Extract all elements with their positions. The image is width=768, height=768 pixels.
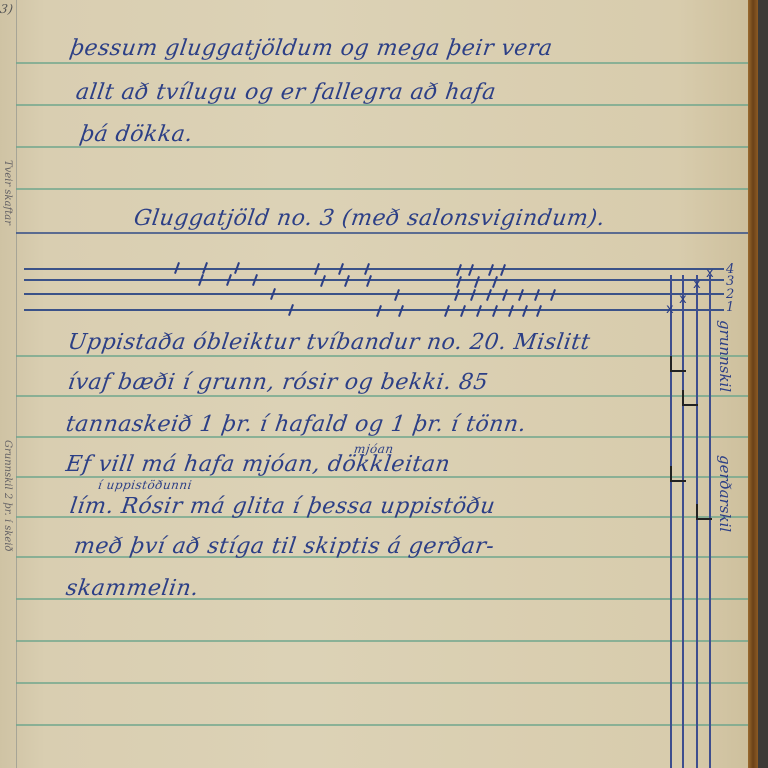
text-line: ívaf bæði í grunn, rósir og bekki. 85 <box>66 370 490 395</box>
thread-tick <box>550 289 556 301</box>
treadle-mark <box>670 466 686 482</box>
draft-line-1 <box>24 309 724 311</box>
thread-tick <box>456 264 462 276</box>
side-label-grunnskil: grunnskil <box>716 320 734 392</box>
shaft-number: 1 <box>726 300 734 315</box>
text-line: allt að tvílugu og er fallegra að hafa <box>74 80 497 105</box>
ruled-line <box>16 188 748 190</box>
thread-tick <box>502 289 508 301</box>
ruled-line <box>16 395 748 397</box>
ruled-line <box>16 640 748 642</box>
thread-tick <box>522 305 528 317</box>
tieup-column <box>670 275 672 768</box>
thread-tick <box>476 305 482 317</box>
thread-tick <box>320 275 326 287</box>
ruled-line <box>16 355 748 357</box>
ruled-line <box>16 62 748 64</box>
thread-tick <box>488 264 494 276</box>
tieup-mark: x <box>666 302 674 317</box>
text-line: lím. Rósir má glita í þessa uppistöðu <box>68 494 497 519</box>
thread-tick <box>444 305 450 317</box>
margin-note: Tveir skaftar <box>2 160 13 225</box>
thread-tick <box>518 289 524 301</box>
thread-tick <box>500 264 506 276</box>
margin-line <box>16 0 17 768</box>
treadle-mark <box>696 504 712 520</box>
draft-line-4 <box>24 268 724 270</box>
thread-tick <box>486 289 492 301</box>
thread-tick <box>474 276 480 288</box>
ruled-line <box>16 724 748 726</box>
book-cover-edge <box>758 0 768 768</box>
text-line: tannaskeið 1 þr. í hafald og 1 þr. í tön… <box>64 412 528 437</box>
side-label-gerdarskil: gerðarskil <box>716 455 734 532</box>
draft-line-3 <box>24 279 724 281</box>
thread-tick <box>454 289 460 301</box>
thread-tick <box>492 305 498 317</box>
thread-tick <box>534 289 540 301</box>
draft-line-2 <box>24 293 724 295</box>
margin-note: Grunnskil 2 þr. í skeið <box>2 440 13 552</box>
tieup-column <box>696 275 698 768</box>
thread-tick <box>536 305 542 317</box>
notebook-page: 3) þessum gluggatjöldum og mega þeir ver… <box>0 0 752 768</box>
ruled-line <box>16 682 748 684</box>
tieup-mark: x <box>679 292 687 307</box>
thread-tick <box>344 275 350 287</box>
thread-tick <box>456 276 462 288</box>
tieup-column <box>682 275 684 768</box>
interlinear-insert: í uppistöðunni <box>97 478 193 492</box>
text-line: skammelin. <box>64 576 200 601</box>
treadle-mark <box>682 390 698 406</box>
text-line: Ef vill má hafa mjóan, dökkleitan <box>64 452 452 477</box>
treadle-mark <box>670 356 686 372</box>
ruled-line <box>16 232 748 234</box>
thread-tick <box>492 276 498 288</box>
tieup-column <box>709 275 711 768</box>
thread-tick <box>376 305 382 317</box>
text-line: Uppistaða óbleiktur tvíbandur no. 20. Mi… <box>66 330 592 355</box>
thread-tick <box>470 289 476 301</box>
page-corner-mark: 3) <box>0 2 14 16</box>
text-line: þessum gluggatjöldum og mega þeir vera <box>68 36 554 61</box>
text-line: með því að stíga til skiptis á gerðar- <box>72 534 496 559</box>
tieup-mark: x <box>693 277 701 292</box>
thread-tick <box>366 275 372 287</box>
thread-tick <box>508 305 514 317</box>
thread-tick <box>394 289 400 301</box>
section-heading: Gluggatjöld no. 3 (með salonsvigindum). <box>132 206 606 231</box>
thread-tick <box>468 264 474 276</box>
thread-tick <box>398 305 404 317</box>
thread-tick <box>460 305 466 317</box>
text-line: þá dökka. <box>78 122 194 147</box>
book-spine <box>748 0 758 768</box>
tieup-mark: x <box>706 266 714 281</box>
